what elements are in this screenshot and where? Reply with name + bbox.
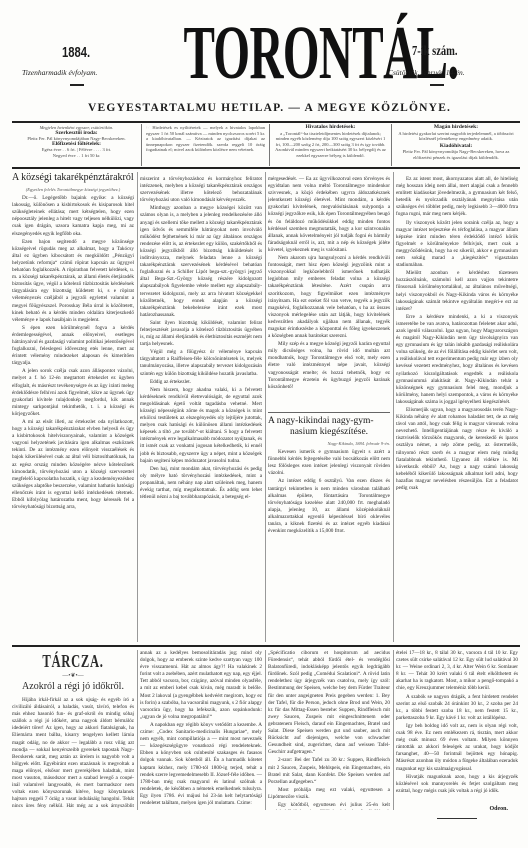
article-subhead: (Egyetlen felelés Torontálmegye községi … <box>12 186 134 193</box>
paragraph: Hivatják magunknak azon, hogy a kis árje… <box>396 774 518 795</box>
paragraph: Minthogy azonban a megye községei között… <box>140 205 262 319</box>
paragraph: Ezen bajon segítendő a megye közönsége k… <box>12 239 134 324</box>
paragraph: annak az a kedélyes bemosolitáradás jog;… <box>140 650 262 721</box>
paragraph: Erre a kérdésre mindenki, a ki a viszony… <box>396 314 518 406</box>
paragraph: Mily szép és a megye községi jegyzői kar… <box>268 341 390 391</box>
column-divider <box>265 172 266 642</box>
subtitle: VEGYESTARTALMU HETILAP. — A MEGYE KÖZLÖN… <box>88 102 508 114</box>
paragraph: ételei 17—18 kr., 8 tálal 30 kr., vacsor… <box>396 650 518 693</box>
newspaper-page: 1884. Tizenharmadik évfolyam. TORONTÁL. … <box>0 0 528 848</box>
article-column-1: A községi takarékpénztárakról. (Egyetlen… <box>12 172 134 644</box>
paragraph: A szabók se nagyon drágák, a fent hirdet… <box>396 694 518 722</box>
rule <box>12 167 520 169</box>
tarcza-column-1: TÁRCZA. —•❦•— Azokról a régi jó időkről.… <box>12 650 134 810</box>
paragraph: Den haj, mint mondám akat, törvényhozási… <box>140 466 262 501</box>
ornament: —•❦•— <box>12 672 134 680</box>
column-divider <box>137 172 138 642</box>
tarcza-title: TÁRCZA. <box>30 650 115 672</box>
paragraph: Az intézet eddig 6 osztályú. Van ezen dí… <box>268 478 390 535</box>
signature-block: Odeon. <box>396 806 518 819</box>
tarcza-column-4: ételei 17—18 kr., 8 tálal 30 kr., vacsor… <box>396 650 518 810</box>
tarcza-subtitle: Azokról a régi jó időkről. <box>12 680 134 693</box>
private-ads-text: A hirdetési gyakorlat szerint nagyobb te… <box>398 131 513 142</box>
column-divider <box>393 172 394 642</box>
official-ads-text: a „Torontál“-ba tiszteletdíjmentes hirde… <box>275 131 386 158</box>
column-divider <box>393 650 394 810</box>
paragraph: A napokban egy régibb könyv vetődött a k… <box>140 722 262 807</box>
issue-date: Csütörtök, február 14-én. <box>388 68 465 77</box>
official-ads-box: Hivatalos hirdetések: a „Torontál“-ba ti… <box>270 124 392 166</box>
paragraph: Mielőtt azonban e kérdéshez tüzetesen ho… <box>396 270 518 313</box>
paragraph: Nem hiszem, hogy akadna valaki, ki a fel… <box>140 387 262 465</box>
paragraph: 2-szor: Bei der Tafel zu 30 kr.: Suppen,… <box>268 757 390 785</box>
paragraph: Elismerjük ugyan, hogy a magyarosodás te… <box>396 407 518 492</box>
private-ads-box: Magán hirdetések: A hirdetési gyakorlat … <box>392 124 520 166</box>
volume-label: Tizenharmadik évfolyam. <box>22 68 97 77</box>
subscription-box: Megjelen hetenként egyszer, csütörtökön.… <box>12 124 142 166</box>
ads-text: ☞ Hirdetések es nyilttéretek — melyek a … <box>146 125 265 152</box>
end-rule <box>437 818 477 819</box>
tarcza-rule <box>12 645 520 647</box>
paragraph: Most próbálja meg ezt valaki, egyuttesen… <box>268 787 390 801</box>
article-column-2: miszerint a törvényhozáshoz és kormányho… <box>140 176 262 642</box>
paragraph: Dr.—ő. Legégetőbb bajaink egyike: a közs… <box>12 195 134 238</box>
article-second: A nagy-kikindai nagy-gym- nasium kiegész… <box>268 416 390 642</box>
paragraph: A jelen sorok czélja csak azon álláspont… <box>12 368 134 418</box>
tarcza-column-3: „Spécificatio ciborum et hospitorum ad a… <box>268 650 390 810</box>
paragraph: Nem akarom ujra hangsulyozni a kérdés re… <box>268 255 390 340</box>
divider <box>70 84 84 86</box>
paragraph: „Spécificatio ciborum et hospitorum ad a… <box>268 650 390 756</box>
paragraph: Kevesen ismerik e gymnasium ügyeit s azé… <box>268 449 390 477</box>
masthead: 1884. Tizenharmadik évfolyam. TORONTÁL. … <box>0 0 528 100</box>
newspaper-title: TORONTÁL. <box>183 8 341 98</box>
ads-box: ☞ Hirdetések es nyilttéretek — melyek a … <box>142 124 270 166</box>
paragraph: miszerint a törvényhozáshoz és kormányho… <box>140 176 262 204</box>
tarcza-column-2: annak az a kedélyes bemosolitáradás jog;… <box>140 650 262 810</box>
second-headline-1: A nagy-kikindai nagy-gym- <box>268 416 390 427</box>
article-column-3: mérgesedését. — Ea az ügyvilkozotval eze… <box>268 176 390 410</box>
subscription-quarter: Negyed évre . . 1 frt 50 kr. <box>16 153 137 159</box>
paragraph: Eddig az értekezlet. <box>140 379 262 386</box>
dateline: Nagy-Kikinda, 1884. február 9-én. <box>268 440 390 447</box>
issue-number: 7-ik szám. <box>412 44 458 60</box>
info-bar: Megjelen hetenként egyszer, csütörtökön.… <box>12 124 520 166</box>
paragraph: Igy beh boldog idő volt az, nem is olyan… <box>396 723 518 773</box>
paragraph: mérgesedését. — Ea az ügyvilkozotval eze… <box>268 176 390 254</box>
section-rule <box>268 412 390 413</box>
article-column-4: Ez az istent most, ákornyazatos alatt al… <box>396 176 518 642</box>
rule <box>12 121 520 123</box>
paragraph: S épen ezen körülménynél fogva a kérdés … <box>12 325 134 368</box>
second-headline-2: nasium kiegészítése. <box>268 427 390 438</box>
publisher-text: Pleitz Fer. Pál könyvnyomdája Nagy-Becsk… <box>403 149 510 160</box>
column-divider <box>265 650 266 810</box>
article-headline: A községi takarékpénztárakról. <box>12 172 134 184</box>
year: 1884. <box>62 44 90 61</box>
signature: Odeon. <box>396 806 518 812</box>
paragraph: Saint ilyen bizottság kiküldését, valami… <box>140 320 262 348</box>
paragraph: A mi az elsőt illeti, az értekezlet oda … <box>12 419 134 511</box>
paragraph: Hijába irkál-firkál az a sok ujság- és e… <box>12 697 134 810</box>
paragraph: Ily viszonyok között jelen soraink czélj… <box>396 220 518 270</box>
column-divider <box>137 650 138 810</box>
divider <box>430 84 444 86</box>
paragraph: Végül még a főügyész úr véleménye kapcsá… <box>140 349 262 377</box>
paragraph: Egy kötőtből, egyuttesen évi julius 25-é… <box>268 802 390 810</box>
paragraph: Ez az istent most, ákornyazatos alatt al… <box>396 176 518 219</box>
